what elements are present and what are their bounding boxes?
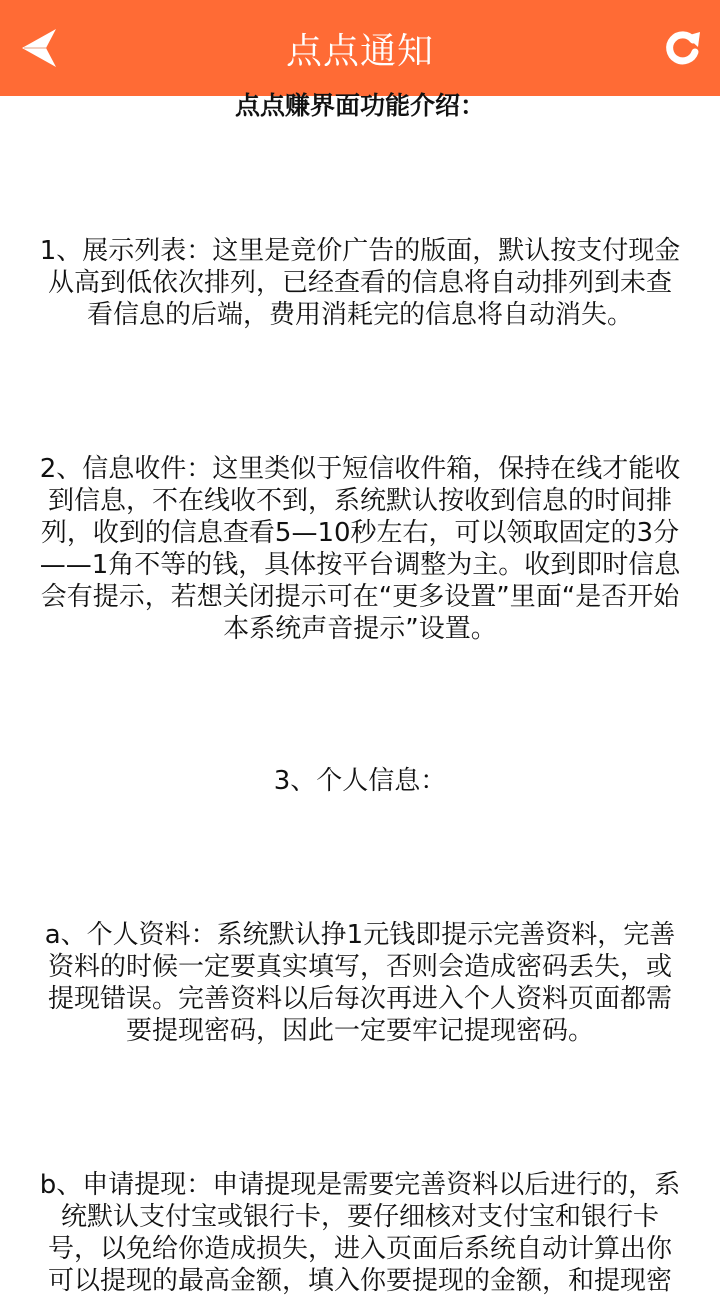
text-line: b、申请提现：申请提现是需要完善资料以后进行的，系 (0, 1169, 720, 1201)
text-line: 统默认支付宝或银行卡，要仔细核对支付宝和银行卡 (0, 1201, 720, 1233)
intro-heading: 点点赚界面功能介绍： (0, 90, 720, 122)
text-line: 3、个人信息： (0, 765, 720, 797)
refresh-button[interactable] (656, 22, 708, 74)
text-line: 列，收到的信息查看5—10秒左右，可以领取固定的3分 (0, 517, 720, 549)
text-line: 1、展示列表：这里是竞价广告的版面，默认按支付现金 (0, 235, 720, 267)
text-line: ——1角不等的钱，具体按平台调整为主。收到即时信息 (0, 549, 720, 581)
content-area: 点点赚界面功能介绍： 1、展示列表：这里是竞价广告的版面，默认按支付现金 从高到… (0, 90, 720, 1280)
text-line: 号，以免给你造成损失，进入页面后系统自动计算出你 (0, 1233, 720, 1265)
refresh-icon (662, 28, 702, 68)
section-personal-info: 3、个人信息： (0, 765, 720, 797)
text-line: 到信息，不在线收不到，系统默认按收到信息的时间排 (0, 485, 720, 517)
text-line: a、个人资料：系统默认挣1元钱即提示完善资料，完善 (0, 919, 720, 951)
text-line: 提现错误。完善资料以后每次再进入个人资料页面都需 (0, 983, 720, 1015)
text-line: 要提现密码，因此一定要牢记提现密码。 (0, 1015, 720, 1047)
section-message-inbox: 2、信息收件：这里类似于短信收件箱，保持在线才能收 到信息，不在线收不到，系统默… (0, 453, 720, 645)
text-line: 2、信息收件：这里类似于短信收件箱，保持在线才能收 (0, 453, 720, 485)
back-button[interactable] (14, 22, 66, 74)
back-arrow-icon (20, 26, 60, 70)
text-line: 资料的时候一定要真实填写，否则会造成密码丢失，或 (0, 951, 720, 983)
text-line: 看信息的后端，费用消耗完的信息将自动消失。 (0, 299, 720, 331)
section-display-list: 1、展示列表：这里是竞价广告的版面，默认按支付现金 从高到低依次排列，已经查看的… (0, 235, 720, 331)
text-line: 从高到低依次排列，已经查看的信息将自动排列到未查 (0, 267, 720, 299)
text-line: 本系统声音提示”设置。 (0, 613, 720, 645)
section-personal-profile: a、个人资料：系统默认挣1元钱即提示完善资料，完善 资料的时候一定要真实填写，否… (0, 919, 720, 1047)
top-app-bar: 点点通知 (0, 0, 720, 96)
text-line: 可以提现的最高金额，填入你要提现的金额，和提现密 (0, 1265, 720, 1280)
page-title: 点点通知 (286, 23, 434, 74)
section-withdraw-request: b、申请提现：申请提现是需要完善资料以后进行的，系 统默认支付宝或银行卡，要仔细… (0, 1169, 720, 1280)
text-line: 会有提示，若想关闭提示可在“更多设置”里面“是否开始 (0, 581, 720, 613)
